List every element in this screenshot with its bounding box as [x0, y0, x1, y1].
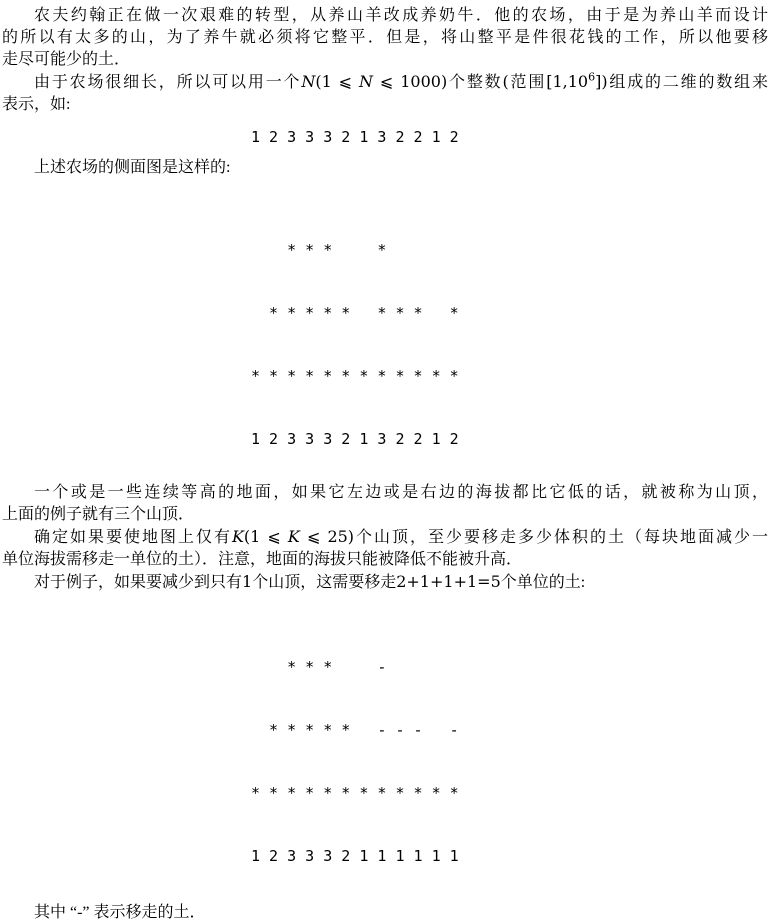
paragraph-task-description: 确定如果要使地图上仅有K(1 ⩽ K ⩽ 25)个山顶，至少要移走多少体积的土（…: [2, 526, 768, 571]
p4-line1: 一个或是一些连续等高的地面，如果它左边或是右边的海拔都比它低的话，就被称为山顶，: [2, 482, 768, 504]
p1-line3: 走尽可能少的土．: [2, 49, 768, 71]
ascii-diagram-result: * * * - * * * * * - - - - * * * * * * * …: [251, 615, 768, 888]
math-interval: [1,10: [546, 72, 588, 91]
math-interval-close: ]): [595, 72, 607, 91]
math-K-range-close: ⩽ 25): [300, 527, 354, 546]
p2-line2: 表示，如:: [2, 94, 768, 116]
height-array-line: 1 2 3 3 3 2 1 3 2 2 1 2: [251, 127, 768, 148]
diagram2-row-2: * * * * * - - - -: [251, 720, 768, 741]
math-range-open: (1 ⩽: [315, 72, 359, 91]
p2-text-2: 个整数: [447, 74, 502, 91]
diagram1-row-3: * * * * * * * * * * * *: [251, 366, 768, 387]
math-range-close: ⩽ 1000): [373, 72, 447, 91]
math-K-range-open: (1 ⩽: [244, 527, 288, 546]
diagram1-row-1: * * * *: [251, 240, 768, 261]
p4-line2: 上面的例子就有三个山顶．: [2, 504, 768, 526]
p2-text-1: 由于农场很细长，所以可以用一个: [34, 74, 301, 91]
p3-line1: 上述农场的侧面图是这样的:: [2, 157, 768, 179]
math-var-N: N: [301, 72, 315, 91]
p6-text-1: 对于例子，如果要减少到只有: [34, 574, 242, 591]
p2-text-3: 范围: [509, 74, 546, 91]
p2-text-4: 组成的二维的数组来: [608, 74, 768, 91]
p5-line2: 单位海拔需移走一单位的土）．注意，地面的海拔只能被降低不能被升高．: [2, 549, 768, 571]
paragraph-array-description: 由于农场很细长，所以可以用一个N(1 ⩽ N ⩽ 1000)个整数(范围[1,1…: [2, 71, 768, 116]
p1-line1: 农夫约翰正在做一次艰难的转型，从养山羊改成养奶牛．他的农场，由于是为养山羊而设计: [2, 5, 768, 27]
p5-text-2: 个山顶，至少要移走多少体积的土（每块地面减少一: [354, 529, 768, 546]
p6-line1: 对于例子，如果要减少到只有1个山顶，这需要移走2+1+1+1=5个单位的土:: [2, 571, 768, 594]
math-var-K-2: K: [288, 527, 300, 546]
diagram2-row-1: * * * -: [251, 657, 768, 678]
diagram1-row-2: * * * * * * * * *: [251, 303, 768, 324]
diagram1-row-4: 1 2 3 3 3 2 1 3 2 2 1 2: [251, 429, 768, 450]
p5-line1: 确定如果要使地图上仅有K(1 ⩽ K ⩽ 25)个山顶，至少要移走多少体积的土（…: [2, 526, 768, 549]
p6-text-2: 个山顶，这需要移走: [252, 574, 396, 591]
diagram2-row-3: * * * * * * * * * * * *: [251, 783, 768, 804]
paragraph-side-view-intro: 上述农场的侧面图是这样的:: [2, 157, 768, 179]
diagram2-row-4: 1 2 3 3 3 2 1 1 1 1 1 1: [251, 846, 768, 867]
p1-line2: 的所以有太多的山，为了养牛就必须将它整平．但是，将山整平是件很花钱的工作，所以他…: [2, 27, 768, 49]
ascii-diagram-original: * * * * * * * * * * * * * * * * * * * * …: [251, 198, 768, 471]
math-var-N-2: N: [359, 72, 373, 91]
p5-text-1: 确定如果要使地图上仅有: [34, 529, 232, 546]
paragraph-example-explanation: 对于例子，如果要减少到只有1个山顶，这需要移走2+1+1+1=5个单位的土:: [2, 571, 768, 594]
paragraph-dash-note: 其中 “-” 表示移走的土．: [2, 902, 768, 924]
p6-text-3: 个单位的土:: [501, 574, 585, 591]
p2-line1: 由于农场很细长，所以可以用一个N(1 ⩽ N ⩽ 1000)个整数(范围[1,1…: [2, 71, 768, 94]
math-var-K: K: [232, 527, 244, 546]
paragraph-peak-definition: 一个或是一些连续等高的地面，如果它左边或是右边的海拔都比它低的话，就被称为山顶，…: [2, 482, 768, 526]
p7-line1: 其中 “-” 表示移走的土．: [2, 902, 768, 924]
paragraph-intro: 农夫约翰正在做一次艰难的转型，从养山羊改成养奶牛．他的农场，由于是为养山羊而设计…: [2, 5, 768, 71]
problem-statement-document: { "doc": { "p1": { "l1": "农夫约翰正在做一次艰难的转型…: [0, 0, 771, 924]
math-sum-expression: 2+1+1+1=5: [396, 572, 501, 591]
math-num-1: 1: [242, 572, 252, 591]
